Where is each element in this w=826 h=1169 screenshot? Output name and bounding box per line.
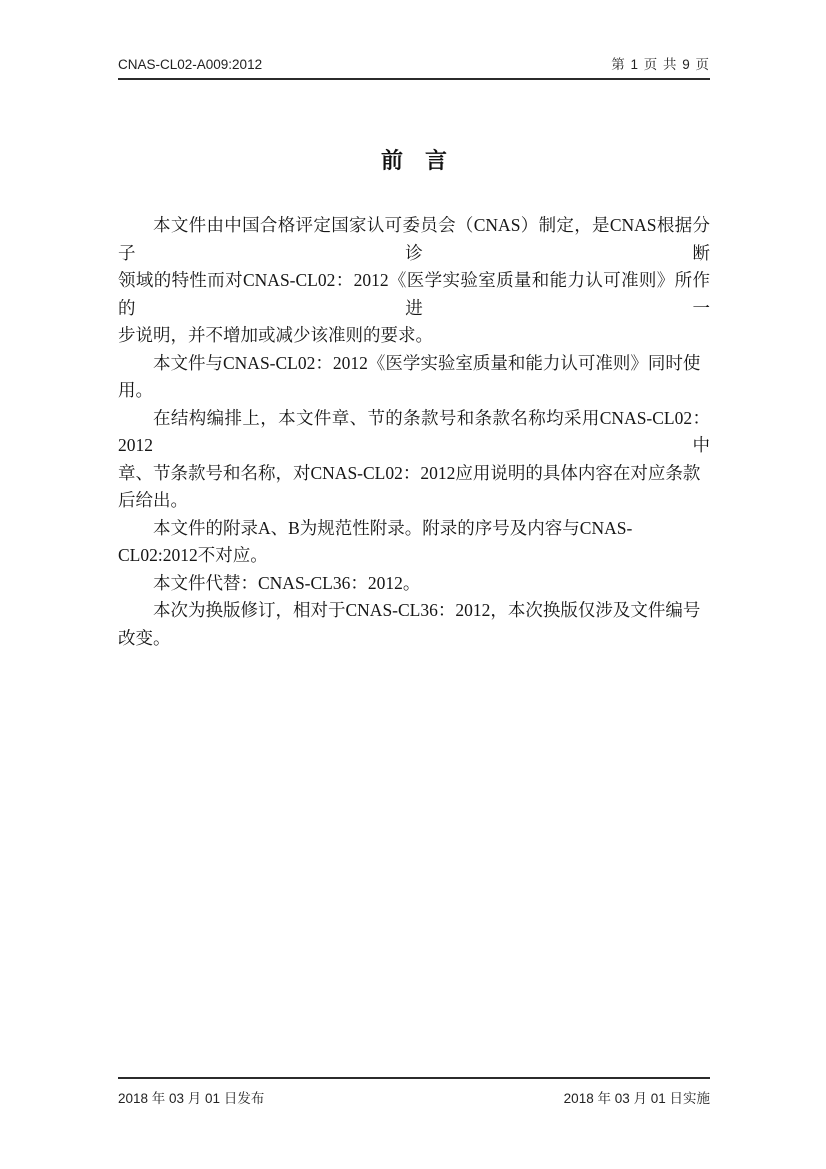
document-page: CNAS-CL02-A009:2012 第 1 页 共 9 页 前 言 本文件由… [0,0,826,1169]
body-line: 在结构编排上，本文件章、节的条款号和条款名称均采用CNAS-CL02：2012中 [118,405,710,460]
release-date: 2018 年 03 月 01 日发布 [118,1087,264,1107]
document-number: CNAS-CL02-A009:2012 [118,57,262,72]
body-line: 本文件与CNAS-CL02：2012《医学实验室质量和能力认可准则》同时使用。 [118,350,710,405]
body-line: 本文件代替：CNAS-CL36：2012。 [118,570,710,598]
document-body: 本文件由中国合格评定国家认可委员会（CNAS）制定，是CNAS根据分子诊断 领域… [118,212,710,652]
body-line: 领域的特性而对CNAS-CL02：2012《医学实验室质量和能力认可准则》所作的… [118,267,710,322]
body-line: 本次为换版修订，相对于CNAS-CL36：2012，本次换版仅涉及文件编号改变。 [118,597,710,652]
page-counter: 第 1 页 共 9 页 [611,53,710,73]
document-title: 前 言 [118,144,710,175]
body-line: 步说明，并不增加或减少该准则的要求。 [118,322,710,350]
body-line: 章、节条款号和名称，对CNAS-CL02：2012应用说明的具体内容在对应条款后… [118,460,710,515]
body-line: 本文件由中国合格评定国家认可委员会（CNAS）制定，是CNAS根据分子诊断 [118,212,710,267]
implementation-date: 2018 年 03 月 01 日实施 [564,1087,710,1107]
page-footer: 2018 年 03 月 01 日发布 2018 年 03 月 01 日实施 [118,1077,710,1107]
page-header: CNAS-CL02-A009:2012 第 1 页 共 9 页 [118,53,710,80]
body-line: 本文件的附录A、B为规范性附录。附录的序号及内容与CNAS-CL02:2012不… [118,515,710,570]
